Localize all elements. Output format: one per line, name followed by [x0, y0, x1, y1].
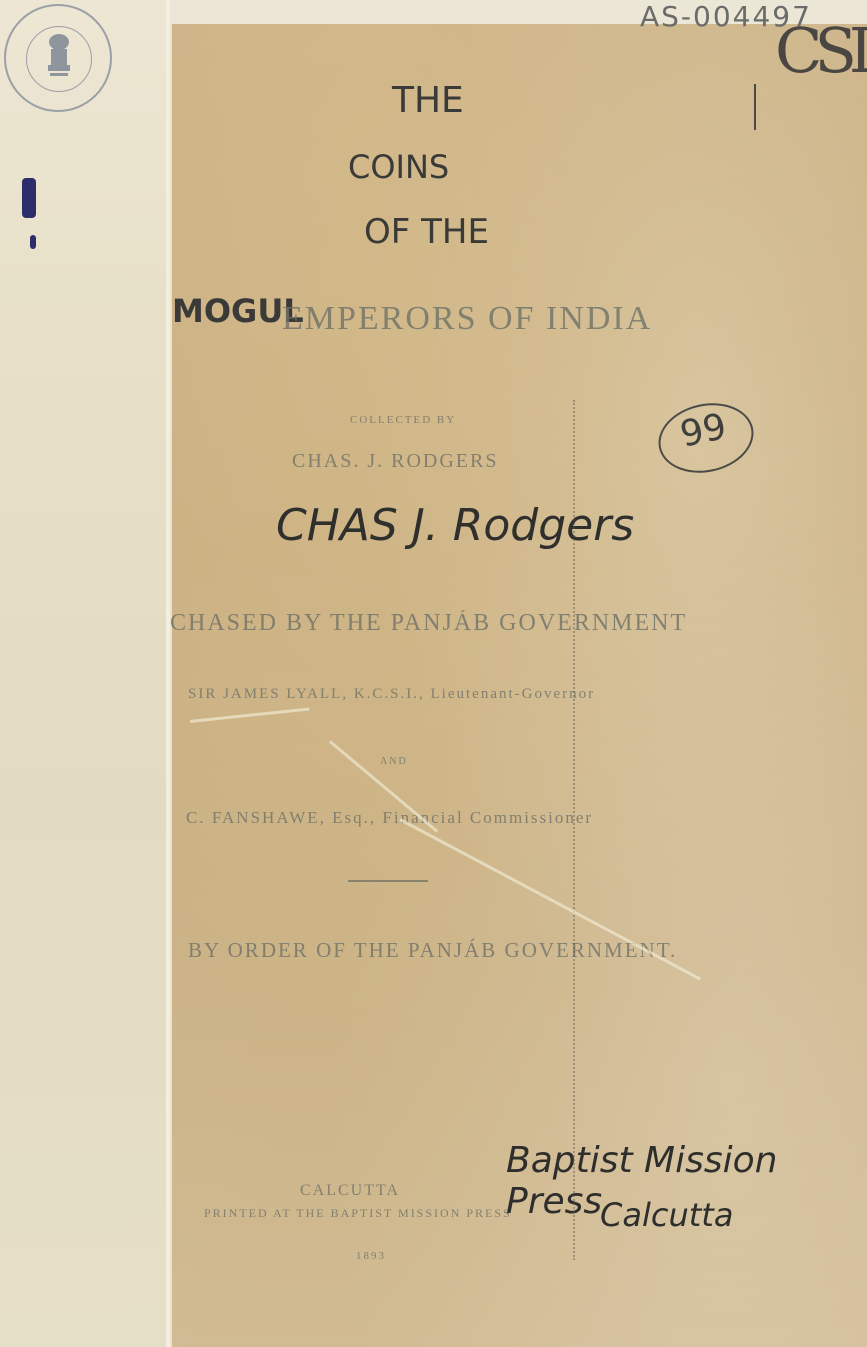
divider-rule [348, 880, 428, 882]
handwritten-author: CHAS J. Rodgers [276, 500, 634, 551]
scanned-page: AS-004497 CSL THE COINS OF THE MOGUL EMP… [0, 0, 867, 1347]
purchase-line: CHASED BY THE PANJÁB GOVERNMENT [170, 610, 687, 637]
library-mark: CSL [775, 14, 867, 87]
handwritten-title-line: OF THE [364, 212, 489, 252]
collected-by-label: COLLECTED BY [350, 414, 456, 426]
handwritten-title-line: COINS [348, 148, 449, 186]
handwritten-title-line: THE [392, 80, 464, 121]
printed-title: EMPERORS OF INDIA [282, 300, 652, 338]
national-emblem-icon [44, 32, 74, 80]
imprint-printer: PRINTED AT THE BAPTIST MISSION PRESS [204, 1206, 512, 1221]
imprint-city: CALCUTTA [300, 1182, 400, 1200]
imprint-year: 1893 [356, 1250, 386, 1262]
and-label: AND [380, 756, 408, 767]
dotted-crease [573, 400, 577, 1260]
ink-stain [30, 235, 36, 249]
circled-number-text: 99 [677, 406, 730, 456]
order-line: BY ORDER OF THE PANJÁB GOVERNMENT. [188, 938, 677, 963]
sir-james-line: SIR JAMES LYALL, K.C.S.I., Lieutenant-Go… [188, 686, 595, 703]
fanshawe-line: C. FANSHAWE, Esq., Financial Commissione… [186, 808, 593, 828]
library-seal-stamp [4, 4, 112, 112]
handwritten-mark [754, 84, 756, 130]
printed-author: CHAS. J. RODGERS [292, 450, 498, 473]
handwritten-imprint-line: Calcutta [600, 1196, 733, 1234]
ink-stain [22, 178, 36, 218]
